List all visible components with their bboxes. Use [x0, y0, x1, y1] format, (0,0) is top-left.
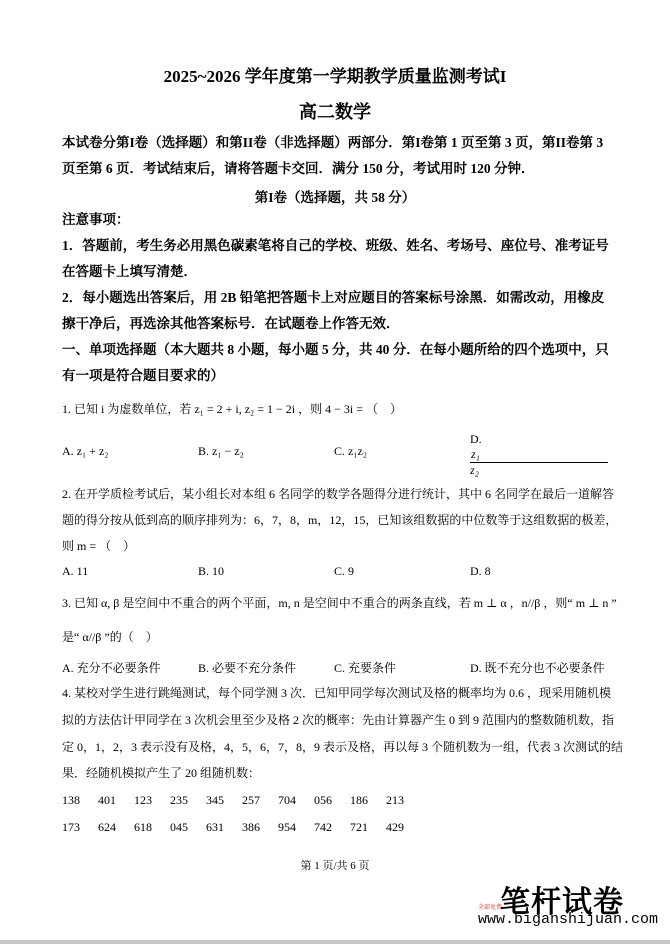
intro-line-2: 页至第 6 页．考试结束后，请将答题卡交回．满分 150 分，考试用时 120 … [62, 156, 622, 182]
question-3-line-2: 是“ α//β ”的（ ） [62, 624, 632, 650]
random-numbers-row-1: 138 401 123 235 345 257 704 056 186 213 [62, 793, 404, 808]
question-2-line-2: 题的得分按从低到高的顺序排列为：6，7，8，m，12，15，已知该组数据的中位数… [62, 507, 632, 533]
question-4-line-2: 拟的方法估计甲同学在 3 次机会里至少及格 2 次的概率：先由计算器产生 0 到… [62, 707, 632, 733]
fraction-numerator: z₁ [470, 447, 608, 463]
exam-title: 2025~2026 学年度第一学期教学质量监测考试I [0, 62, 670, 87]
notes-heading: 注意事项： [62, 207, 622, 233]
question-3-options: A. 充分不必要条件 B. 必要不充分条件 C. 充要条件 D. 既不充分也不必… [62, 659, 642, 676]
option-a: A. 充分不必要条件 [62, 659, 198, 676]
note-2-line-1: 2．每小题选出答案后，用 2B 铅笔把答题卡上对应题目的答案标号涂黑．如需改动，… [62, 285, 622, 311]
note-2-line-2: 擦干净后，再选涂其他答案标号．在试题卷上作答无效． [62, 311, 622, 337]
option-b: B. 必要不充分条件 [198, 659, 334, 676]
random-numbers-row-2: 173 624 618 045 631 386 954 742 721 429 [62, 820, 404, 835]
fraction-denominator: z₂ [470, 463, 606, 478]
option-c: C. 9 [334, 564, 470, 579]
page-bottom-border [0, 940, 670, 944]
option-b: B. 10 [198, 564, 334, 579]
note-1-line-2: 在答题卡上填写清楚． [62, 259, 622, 285]
note-1-line-1: 1．答题前，考生务必用黑色碳素笔将自己的学校、班级、姓名、考场号、座位号、准考证… [62, 233, 622, 259]
question-2-options: A. 11 B. 10 C. 9 D. 8 [62, 564, 642, 579]
section-heading: 第I卷（选择题，共 58 分） [0, 186, 670, 206]
option-c: C. z₁z₂ [334, 444, 470, 478]
option-d-label: D. [470, 432, 482, 447]
part1-heading-line-1: 一、单项选择题（本大题共 8 小题，每小题 5 分，共 40 分．在每小题所给的… [62, 337, 622, 363]
question-4-line-1: 4. 某校对学生进行跳绳测试，每个同学测 3 次．已知甲同学每次测试及格的概率均… [62, 680, 632, 706]
question-2-line-3: 则 m = （ ） [62, 533, 632, 559]
question-4-line-3: 定 0，1，2，3 表示没有及格，4，5，6，7，8，9 表示及格，再以每 3 … [62, 734, 632, 760]
exam-subject: 高二数学 [0, 98, 670, 124]
option-c: C. 充要条件 [334, 659, 470, 676]
question-2-line-1: 2. 在开学质检考试后，某小组长对本组 6 名同学的数学各题得分进行统计，其中 … [62, 481, 632, 507]
option-b: B. z₁ − z₂ [198, 444, 334, 478]
question-1-stem: 1. 已知 i 为虚数单位，若 z₁ = 2 + i, z₂ = 1 − 2i … [62, 396, 632, 422]
document-page: 2025~2026 学年度第一学期教学质量监测考试I 高二数学 本试卷分第I卷（… [0, 0, 670, 940]
watermark-tag: 全部免费 [478, 902, 502, 911]
question-3-line-1: 3. 已知 α, β 是空间中不重合的两个平面，m, n 是空间中不重合的两条直… [62, 590, 632, 616]
question-1-options: A. z₁ + z₂ B. z₁ − z₂ C. z₁z₂ D. z₁ z₂ [62, 444, 642, 478]
intro-line-1: 本试卷分第I卷（选择题）和第II卷（非选择题）两部分．第I卷第 1 页至第 3 … [62, 130, 622, 156]
option-d: D. z₁ z₂ [470, 432, 606, 478]
question-4-line-4: 果．经随机模拟产生了 20 组随机数： [62, 760, 632, 786]
watermark-url: www.biganshijuan.com [478, 911, 658, 928]
option-d-fraction: z₁ z₂ [470, 447, 608, 478]
option-d: D. 既不充分也不必要条件 [470, 659, 630, 676]
part1-heading-line-2: 有一项是符合题目要求的） [62, 363, 622, 389]
option-d: D. 8 [470, 564, 606, 579]
option-a: A. z₁ + z₂ [62, 444, 198, 478]
page-number: 第 1 页/共 6 页 [0, 857, 670, 873]
option-a: A. 11 [62, 564, 198, 579]
